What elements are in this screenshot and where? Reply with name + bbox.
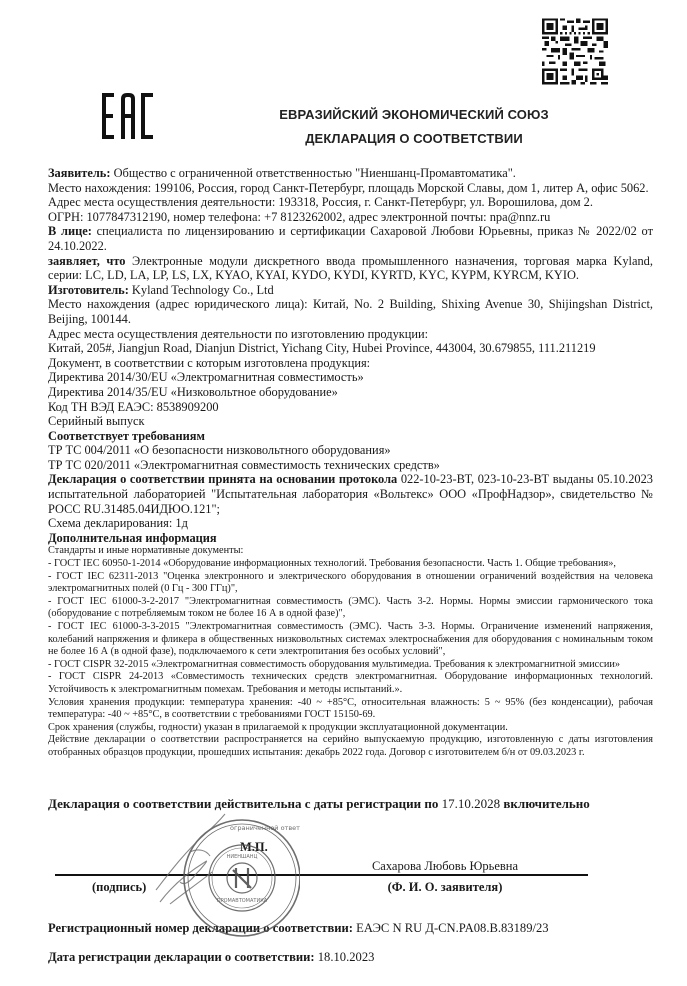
additional-heading: Дополнительная информация [48,531,653,546]
manufacturer-legal-address: Место нахождения (адрес юридического лиц… [48,297,653,326]
declaration-scope: Действие декларации о соответствии распр… [48,734,653,759]
represented-line: В лице: специалиста по лицензированию и … [48,224,653,253]
registration-number-value: ЕАЭС N RU Д-CN.PA08.B.83189/23 [353,921,549,935]
requirement-item: ТР ТС 004/2011 «О безопасности низковоль… [48,443,653,458]
applicant-location: Место нахождения: 199106, Россия, город … [48,181,653,196]
declaration-scheme: Схема декларирования: 1д [48,516,653,531]
requirements-label: Соответствует требованиям [48,429,205,443]
applicant-contacts: ОГРН: 1077847312190, номер телефона: +7 … [48,210,653,225]
registration-date: Дата регистрации декларации о соответств… [48,950,374,965]
registration-date-label: Дата регистрации декларации о соответств… [48,950,315,964]
validity-statement: Декларация о соответствии действительна … [48,796,668,812]
declaration-title: ДЕКЛАРАЦИЯ О СООТВЕТСТВИИ [120,131,687,146]
represented-label: В лице: [48,224,92,238]
standards-label: Стандарты и иные нормативные документы: [48,545,653,558]
signer-name: Сахарова Любовь Юрьевна [365,859,525,874]
standard-item: - ГОСТ IEC 61000-3-3-2015 "Электромагнит… [48,621,653,659]
manufacturer-line: Изготовитель: Kyland Technology Co., Ltd [48,283,653,298]
manufacturer-name: Kyland Technology Co., Ltd [129,283,274,297]
standard-item: - ГОСТ CISPR 24-2013 «Совместимость техн… [48,671,653,696]
validity-date: 17.10.2028 [442,796,501,811]
applicant-activity-address: Адрес места осуществления деятельности: … [48,195,653,210]
directive-item: Директива 2014/35/EU «Низковольтное обор… [48,385,653,400]
registration-number: Регистрационный номер декларации о соотв… [48,921,549,936]
signature-caption: (подпись) [92,880,146,895]
qr-code-icon [542,18,608,94]
registration-number-label: Регистрационный номер декларации о соотв… [48,921,353,935]
document-label: Документ, в соответствии с которым изгот… [48,356,653,371]
requirement-item: ТР ТС 020/2011 «Электромагнитная совмест… [48,458,653,473]
additional-info: Стандарты и иные нормативные документы: … [48,545,653,759]
applicant-line: Заявитель: Общество с ограниченной ответ… [48,166,653,181]
applicant-label: Заявитель: [48,166,111,180]
shelf-life: Срок хранения (службы, годности) указан … [48,722,653,735]
requirements-heading: Соответствует требованиям [48,429,653,444]
validity-label: Декларация о соответствии действительна … [48,796,442,811]
registration-date-value: 18.10.2023 [315,950,375,964]
basis-label: Декларация о соответствии принята на осн… [48,472,397,486]
product-description: Электронные модули дискретного ввода про… [48,254,653,283]
standard-item: - ГОСТ IEC 60950-1-2014 «Оборудование ин… [48,558,653,571]
stamp-mark: М.П. [240,840,268,855]
applicant-name: Общество с ограниченной ответственностью… [111,166,516,180]
validity-suffix: включительно [500,796,590,811]
production-address-label: Адрес места осуществления деятельности п… [48,327,653,342]
declares-line: заявляет, что Электронные модули дискрет… [48,254,653,283]
manufacturer-label: Изготовитель: [48,283,129,297]
additional-label: Дополнительная информация [48,531,217,545]
svg-text:ограниченной ответ: ограниченной ответ [230,824,300,832]
signature-line [55,874,588,876]
represented-text: специалиста по лицензированию и сертифик… [48,224,653,253]
union-title: ЕВРАЗИЙСКИЙ ЭКОНОМИЧЕСКИЙ СОЮЗ [120,107,687,122]
declares-label: заявляет, что [48,254,125,268]
standard-item: - ГОСТ IEC 62311-2013 "Оценка электронно… [48,571,653,596]
storage-conditions: Условия хранения продукции: температура … [48,697,653,722]
standard-item: - ГОСТ CISPR 32-2015 «Электромагнитная с… [48,659,653,672]
production-address: Китай, 205#, Jiangjun Road, Dianjun Dist… [48,341,653,356]
basis-line: Декларация о соответствии принята на осн… [48,472,653,516]
release-type: Серийный выпуск [48,414,653,429]
svg-text:ПРОМАВТОМАТИКА: ПРОМАВТОМАТИКА [217,898,268,904]
declaration-body: Заявитель: Общество с ограниченной ответ… [48,166,653,760]
standard-item: - ГОСТ IEC 61000-3-2-2017 "Электромагнит… [48,596,653,621]
directive-item: Директива 2014/30/EU «Электромагнитная с… [48,370,653,385]
hs-code: Код ТН ВЭД ЕАЭС: 8538909200 [48,400,653,415]
name-caption: (Ф. И. О. заявителя) [365,880,525,895]
